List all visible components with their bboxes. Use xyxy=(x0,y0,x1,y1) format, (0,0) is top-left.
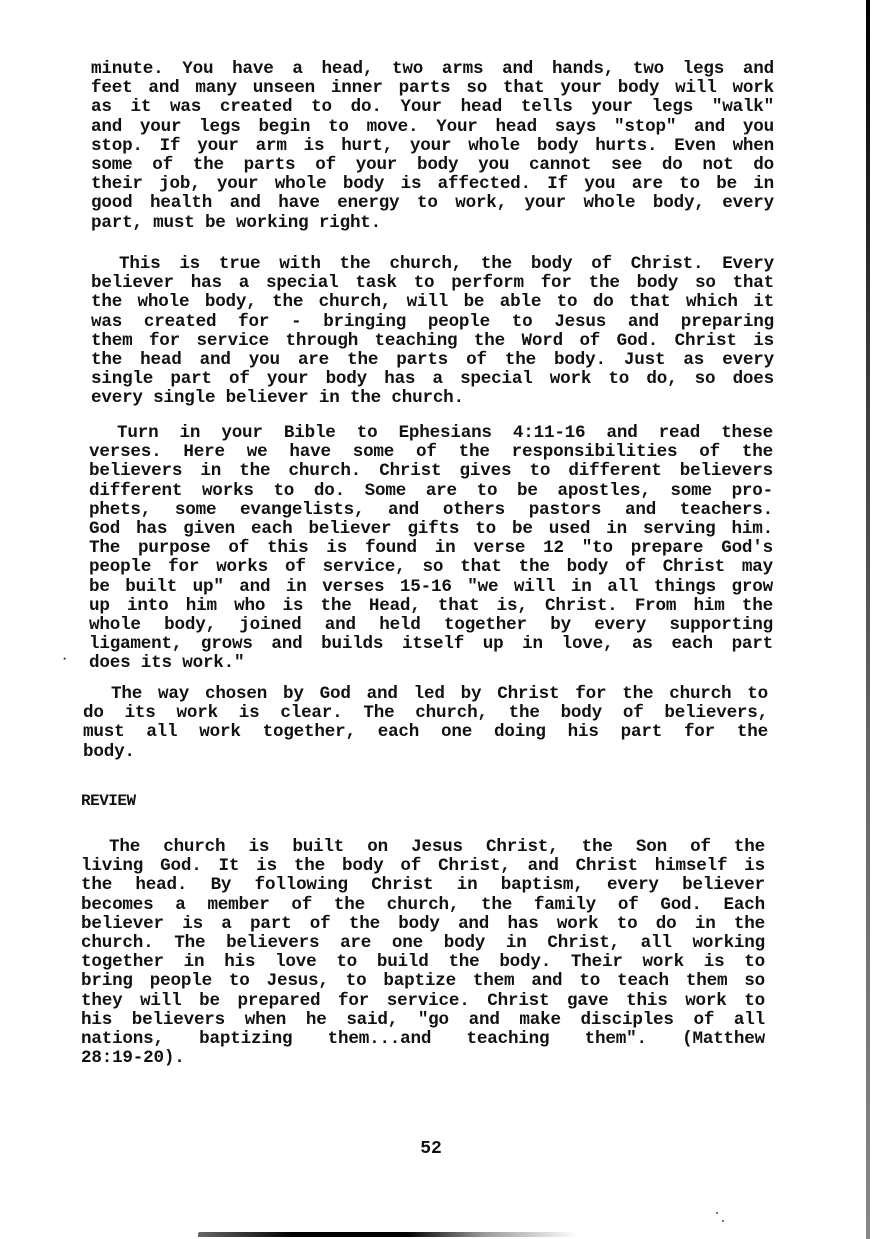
text-line: do its work is clear. The church, the bo… xyxy=(83,704,768,723)
text-line: body. xyxy=(83,743,768,762)
document-page: minute. You have a head, two arms and ha… xyxy=(0,0,872,1239)
text-line: must all work together, each one doing h… xyxy=(83,723,768,742)
text-line: The purpose of this is found in verse 12… xyxy=(89,539,773,558)
text-line: they will be prepared for service. Chris… xyxy=(81,992,765,1011)
text-line: verses. Here we have some of the respons… xyxy=(89,443,773,462)
text-line: God has given each believer gifts to be … xyxy=(89,520,773,539)
text-line: believer has a special task to perform f… xyxy=(91,274,774,293)
scan-smudge xyxy=(198,1232,578,1237)
text-line: their job, your whole body is affected. … xyxy=(91,175,774,194)
text-line: 28:19-20). xyxy=(81,1049,765,1068)
text-line: some of the parts of your body you canno… xyxy=(91,156,774,175)
review-paragraph: The church is built on Jesus Christ, the… xyxy=(81,838,765,1068)
text-line: bring people to Jesus, to baptize them a… xyxy=(81,972,765,991)
text-line: was created for - bringing people to Jes… xyxy=(91,313,774,332)
text-line: stop. If your arm is hurt, your whole bo… xyxy=(91,137,774,156)
text-line: Turn in your Bible to Ephesians 4:11-16 … xyxy=(89,424,773,443)
body-paragraph-4: The way chosen by God and led by Christ … xyxy=(83,685,768,762)
text-line: The church is built on Jesus Christ, the… xyxy=(81,838,765,857)
text-line: whole body, joined and held together by … xyxy=(89,616,773,635)
text-line: and your legs begin to move. Your head s… xyxy=(91,118,774,137)
text-line: good health and have energy to work, you… xyxy=(91,194,774,213)
text-line: minute. You have a head, two arms and ha… xyxy=(91,60,774,79)
text-line: believers in the church. Christ gives to… xyxy=(89,462,773,481)
text-line: becomes a member of the church, the fami… xyxy=(81,896,765,915)
text-line: single part of your body has a special w… xyxy=(91,370,774,389)
text-line: the head and you are the parts of the bo… xyxy=(91,351,774,370)
text-line: feet and many unseen inner parts so that… xyxy=(91,79,774,98)
review-heading: REVIEW xyxy=(81,792,136,810)
text-line: believer is a part of the body and has w… xyxy=(81,915,765,934)
text-line: nations, baptizing them...and teaching t… xyxy=(81,1030,765,1049)
text-line: ligament, grows and builds itself up in … xyxy=(89,635,773,654)
text-line: up into him who is the Head, that is, Ch… xyxy=(89,597,773,616)
text-line: The way chosen by God and led by Christ … xyxy=(83,685,768,704)
text-line: be built up" and in verses 15-16 "we wil… xyxy=(89,578,773,597)
text-line: the whole body, the church, will be able… xyxy=(91,293,774,312)
scan-border xyxy=(866,0,870,1239)
page-number: 52 xyxy=(0,1139,862,1159)
text-line: This is true with the church, the body o… xyxy=(91,255,774,274)
text-line: the head. By following Christ in baptism… xyxy=(81,876,765,895)
text-line: does its work." xyxy=(89,654,773,673)
text-line: different works to do. Some are to be ap… xyxy=(89,482,773,501)
text-line: his believers when he said, "go and make… xyxy=(81,1011,765,1030)
text-line: living God. It is the body of Christ, an… xyxy=(81,857,765,876)
body-paragraph-2: This is true with the church, the body o… xyxy=(91,255,774,409)
text-line: together in his love to build the body. … xyxy=(81,953,765,972)
text-line: people for works of service, so that the… xyxy=(89,558,773,577)
text-line: part, must be working right. xyxy=(91,214,774,233)
scan-speck xyxy=(722,1220,724,1222)
text-line: them for service through teaching the Wo… xyxy=(91,332,774,351)
text-line: phets, some evangelists, and others past… xyxy=(89,501,773,520)
text-line: church. The believers are one body in Ch… xyxy=(81,934,765,953)
body-paragraph-3: Turn in your Bible to Ephesians 4:11-16 … xyxy=(89,424,773,674)
scan-speck xyxy=(716,1212,718,1214)
margin-mark: · xyxy=(61,652,68,666)
text-line: as it was created to do. Your head tells… xyxy=(91,98,774,117)
body-paragraph-1: minute. You have a head, two arms and ha… xyxy=(91,60,774,233)
text-line: every single believer in the church. xyxy=(91,389,774,408)
